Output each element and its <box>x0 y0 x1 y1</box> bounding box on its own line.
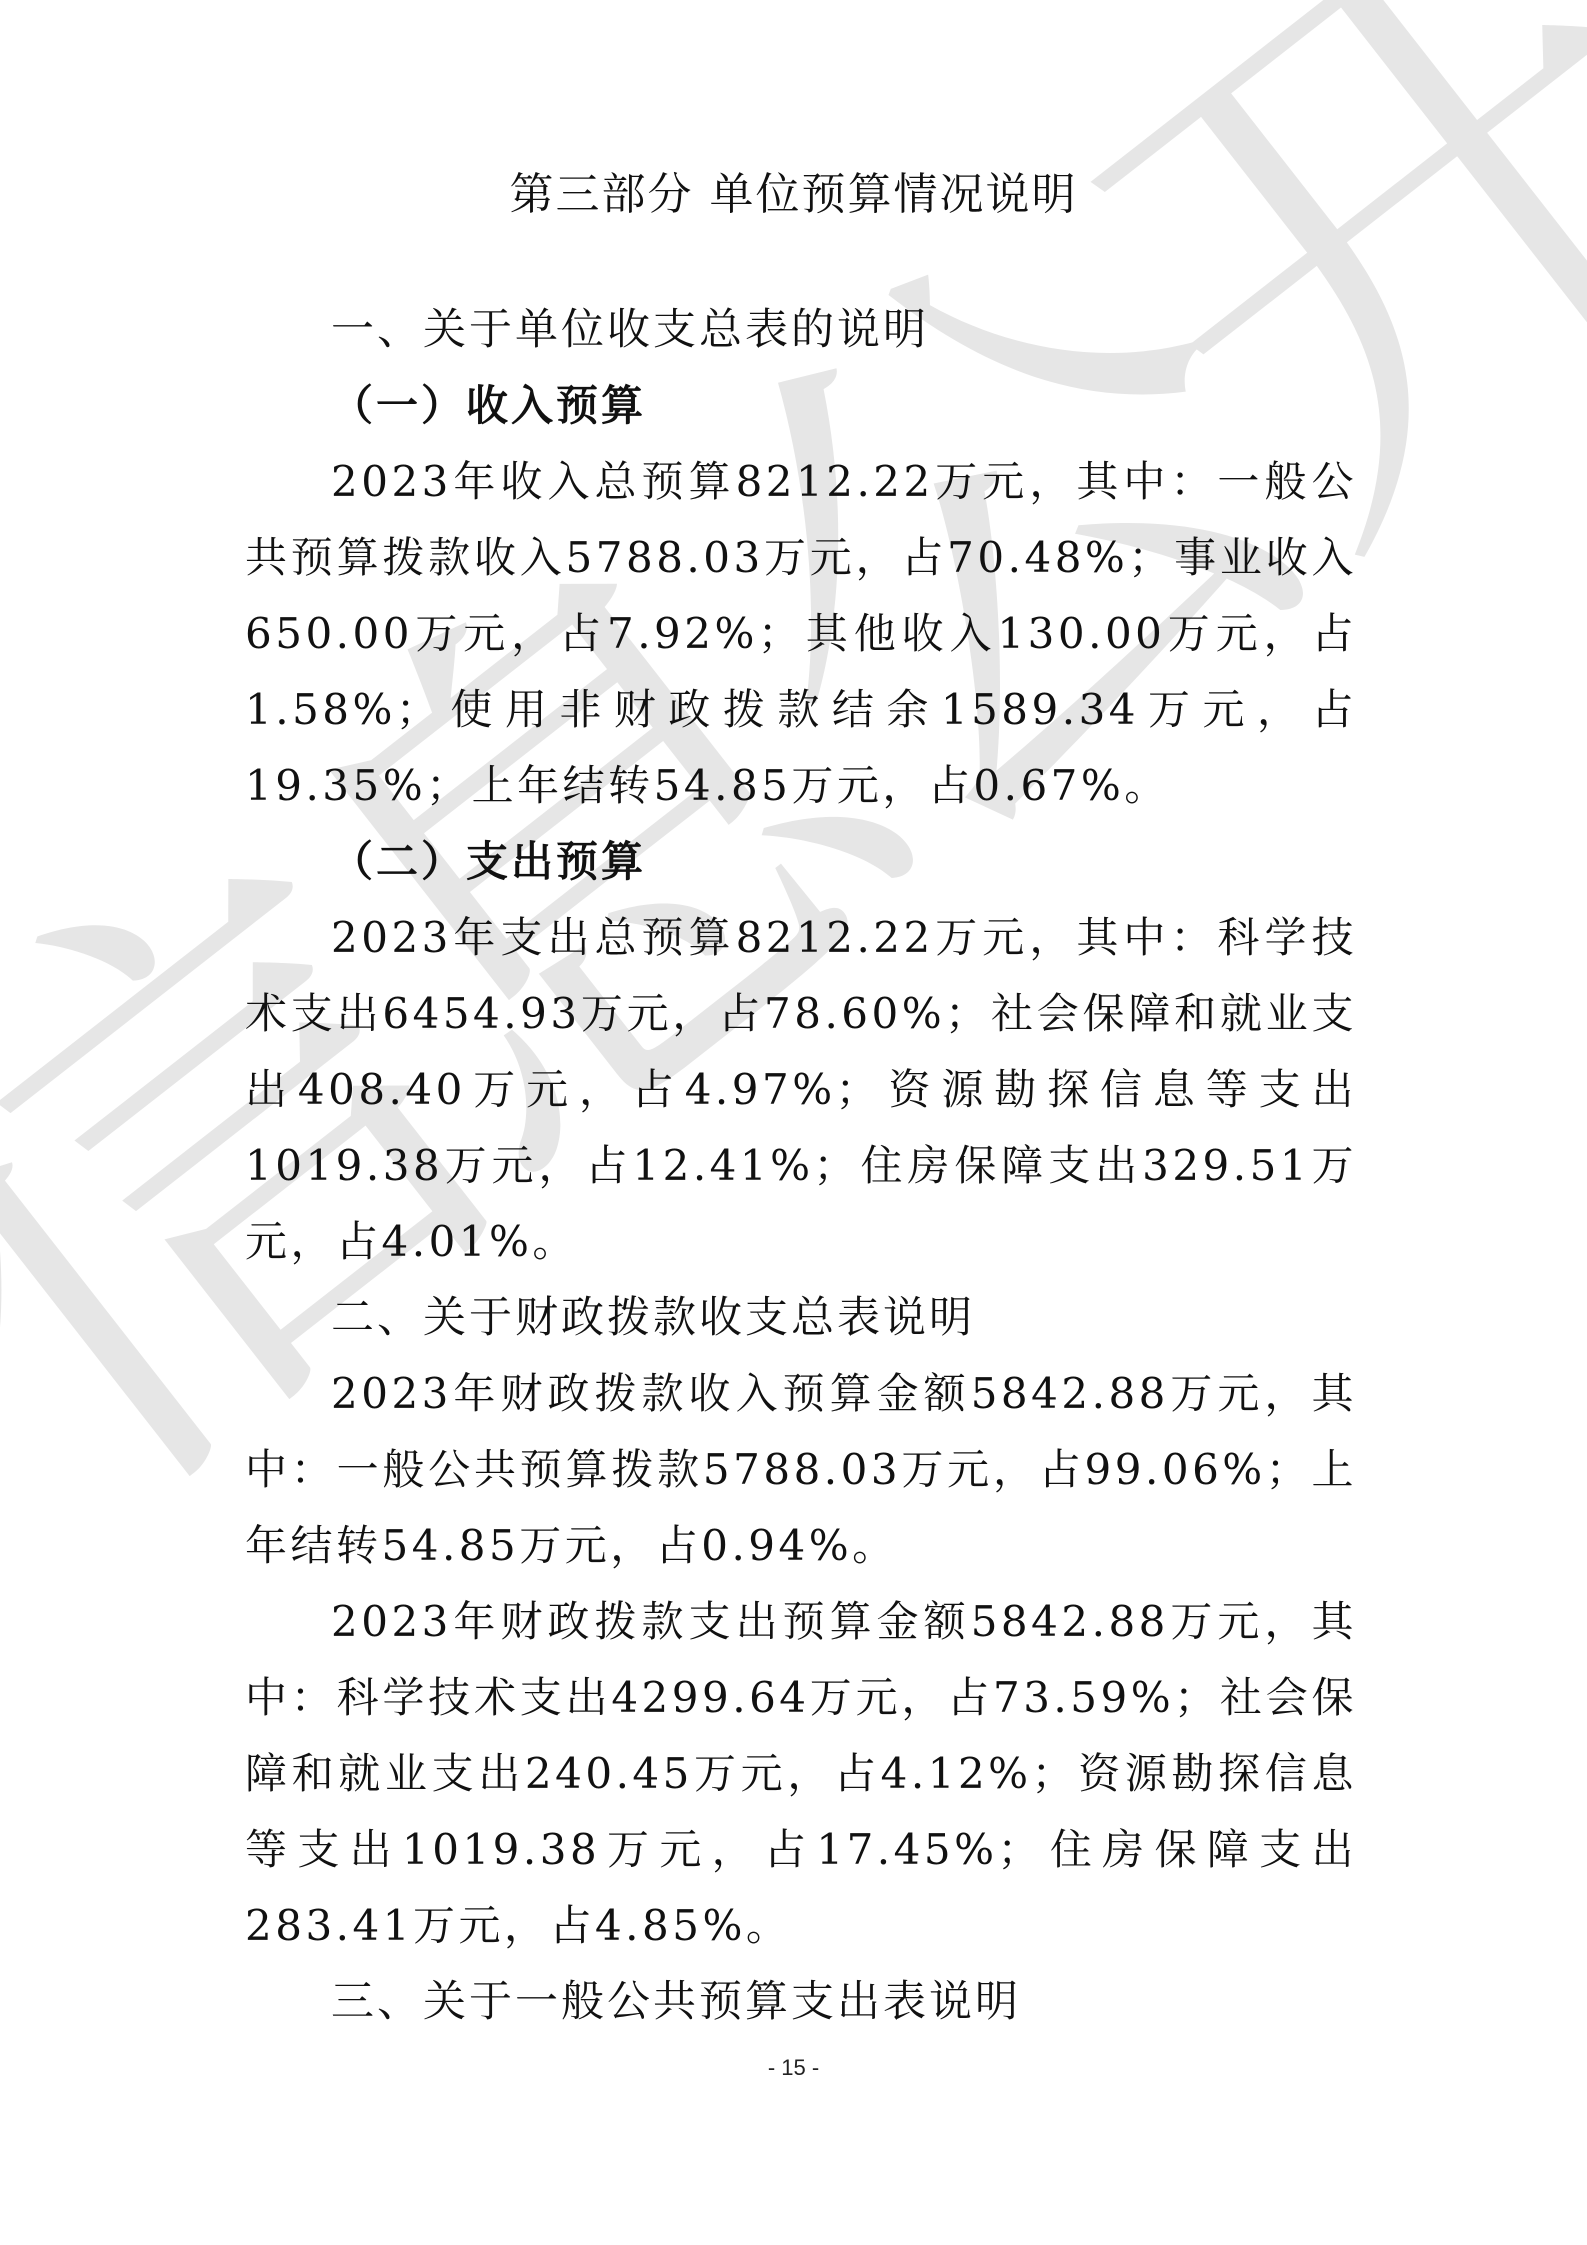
paragraph-income-budget: 2023年收入总预算8212.22万元，其中：一般公共预算拨款收入5788.03… <box>245 444 1357 824</box>
subsection-heading-expenditure: （二）支出预算 <box>245 824 1357 900</box>
document-body: 一、关于单位收支总表的说明 （一）收入预算 2023年收入总预算8212.22万… <box>245 292 1357 2040</box>
document-page: 第三部分 单位预算情况说明 一、关于单位收支总表的说明 （一）收入预算 2023… <box>0 0 1587 2245</box>
section-heading-1: 一、关于单位收支总表的说明 <box>245 292 1357 368</box>
section-heading-2: 二、关于财政拨款收支总表说明 <box>245 1280 1357 1356</box>
section-heading-3: 三、关于一般公共预算支出表说明 <box>245 1964 1357 2040</box>
page-title: 第三部分 单位预算情况说明 <box>0 158 1587 222</box>
paragraph-fiscal-expenditure: 2023年财政拨款支出预算金额5842.88万元，其中：科学技术支出4299.6… <box>245 1584 1357 1964</box>
page-number: - 15 - <box>0 2055 1587 2081</box>
paragraph-expenditure-budget: 2023年支出总预算8212.22万元，其中：科学技术支出6454.93万元，占… <box>245 900 1357 1280</box>
subsection-heading-income: （一）收入预算 <box>245 368 1357 444</box>
paragraph-fiscal-income: 2023年财政拨款收入预算金额5842.88万元，其中：一般公共预算拨款5788… <box>245 1356 1357 1584</box>
